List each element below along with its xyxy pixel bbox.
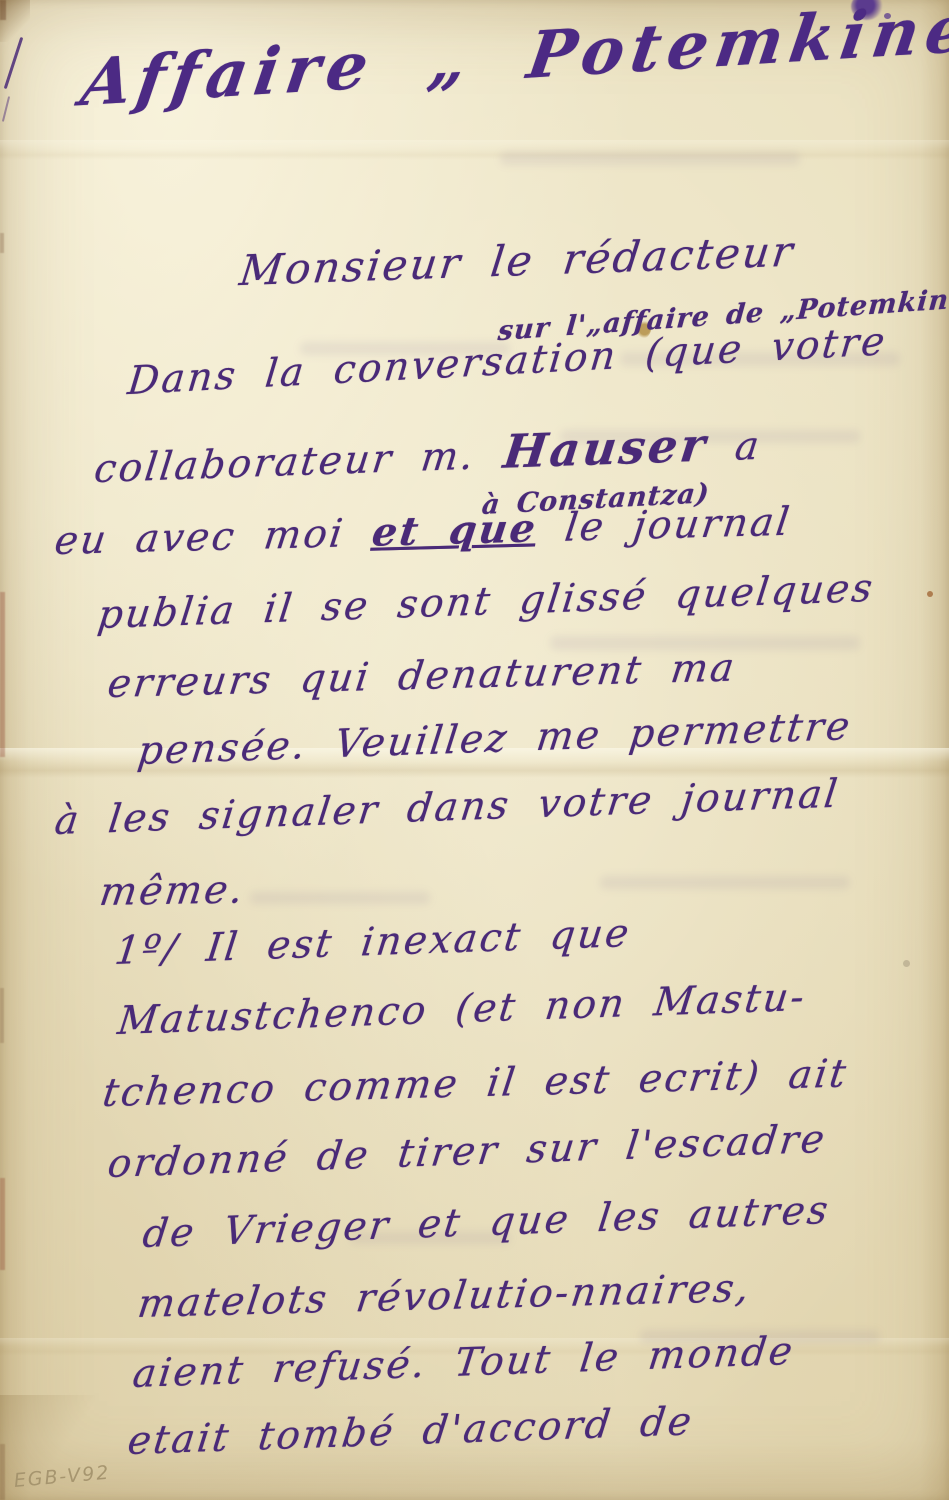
manuscript-line: erreurs qui denaturent ma	[105, 648, 738, 704]
archive-reference-mark: EGB-V92	[13, 1464, 111, 1491]
manuscript-line: même.	[97, 870, 248, 912]
letter-title: Affaire „ Potemkine “	[77, 0, 949, 116]
crease	[0, 140, 949, 160]
page-edge-mark	[0, 233, 4, 253]
manuscript-line: pensée. Veuillez me permettre	[136, 707, 855, 771]
paper-speck	[927, 591, 933, 597]
pen-stroke	[2, 96, 10, 122]
page-edge-mark	[0, 0, 6, 20]
manuscript-line: etait tombé d'accord de	[126, 1402, 696, 1461]
manuscript-line: 1º/ Il est inexact que	[113, 914, 634, 971]
manuscript-page: Affaire „ Potemkine “ Monsieur le rédact…	[0, 0, 949, 1500]
manuscript-line: à les signaler dans votre journal	[53, 775, 842, 842]
manuscript-line: publia il se sont glissé quelques	[96, 569, 877, 635]
line-text: le journal	[534, 500, 794, 552]
paper-speck	[903, 960, 910, 967]
manuscript-line: aient refusé. Tout le monde	[131, 1332, 797, 1394]
salutation-line: Monsieur le rédacteur	[237, 231, 797, 293]
ghost-ink-bleed	[600, 876, 850, 889]
manuscript-line: matelots révolutio-nnaires,	[135, 1269, 753, 1324]
underlined-phrase: et que	[369, 505, 540, 555]
line-text: collaborateur m.	[92, 433, 506, 492]
manuscript-line: de Vrieger et que les autres	[141, 1191, 833, 1254]
ghost-ink-bleed	[500, 152, 800, 165]
author-name-emphasis: Hauser	[500, 417, 711, 478]
page-edge-mark	[0, 1178, 5, 1270]
pen-stroke	[4, 37, 24, 89]
corner-smudge	[0, 0, 30, 42]
line-text: eu avec moi	[52, 511, 375, 564]
manuscript-line: tchenco comme il est ecrit) ait	[100, 1054, 850, 1113]
page-edge-mark	[0, 988, 4, 1043]
page-edge-mark	[0, 1444, 5, 1500]
page-edge-mark	[0, 592, 5, 757]
ghost-ink-bleed	[250, 892, 430, 904]
manuscript-line: ordonné de tirer sur l'escadre	[106, 1120, 829, 1184]
line-text: a	[705, 424, 764, 471]
manuscript-line: eu avec moi et que le journal	[52, 503, 793, 561]
manuscript-line: collaborateur m. Hauser a	[92, 420, 764, 490]
manuscript-line: Matustchenco (et non Mastu-	[116, 978, 809, 1041]
